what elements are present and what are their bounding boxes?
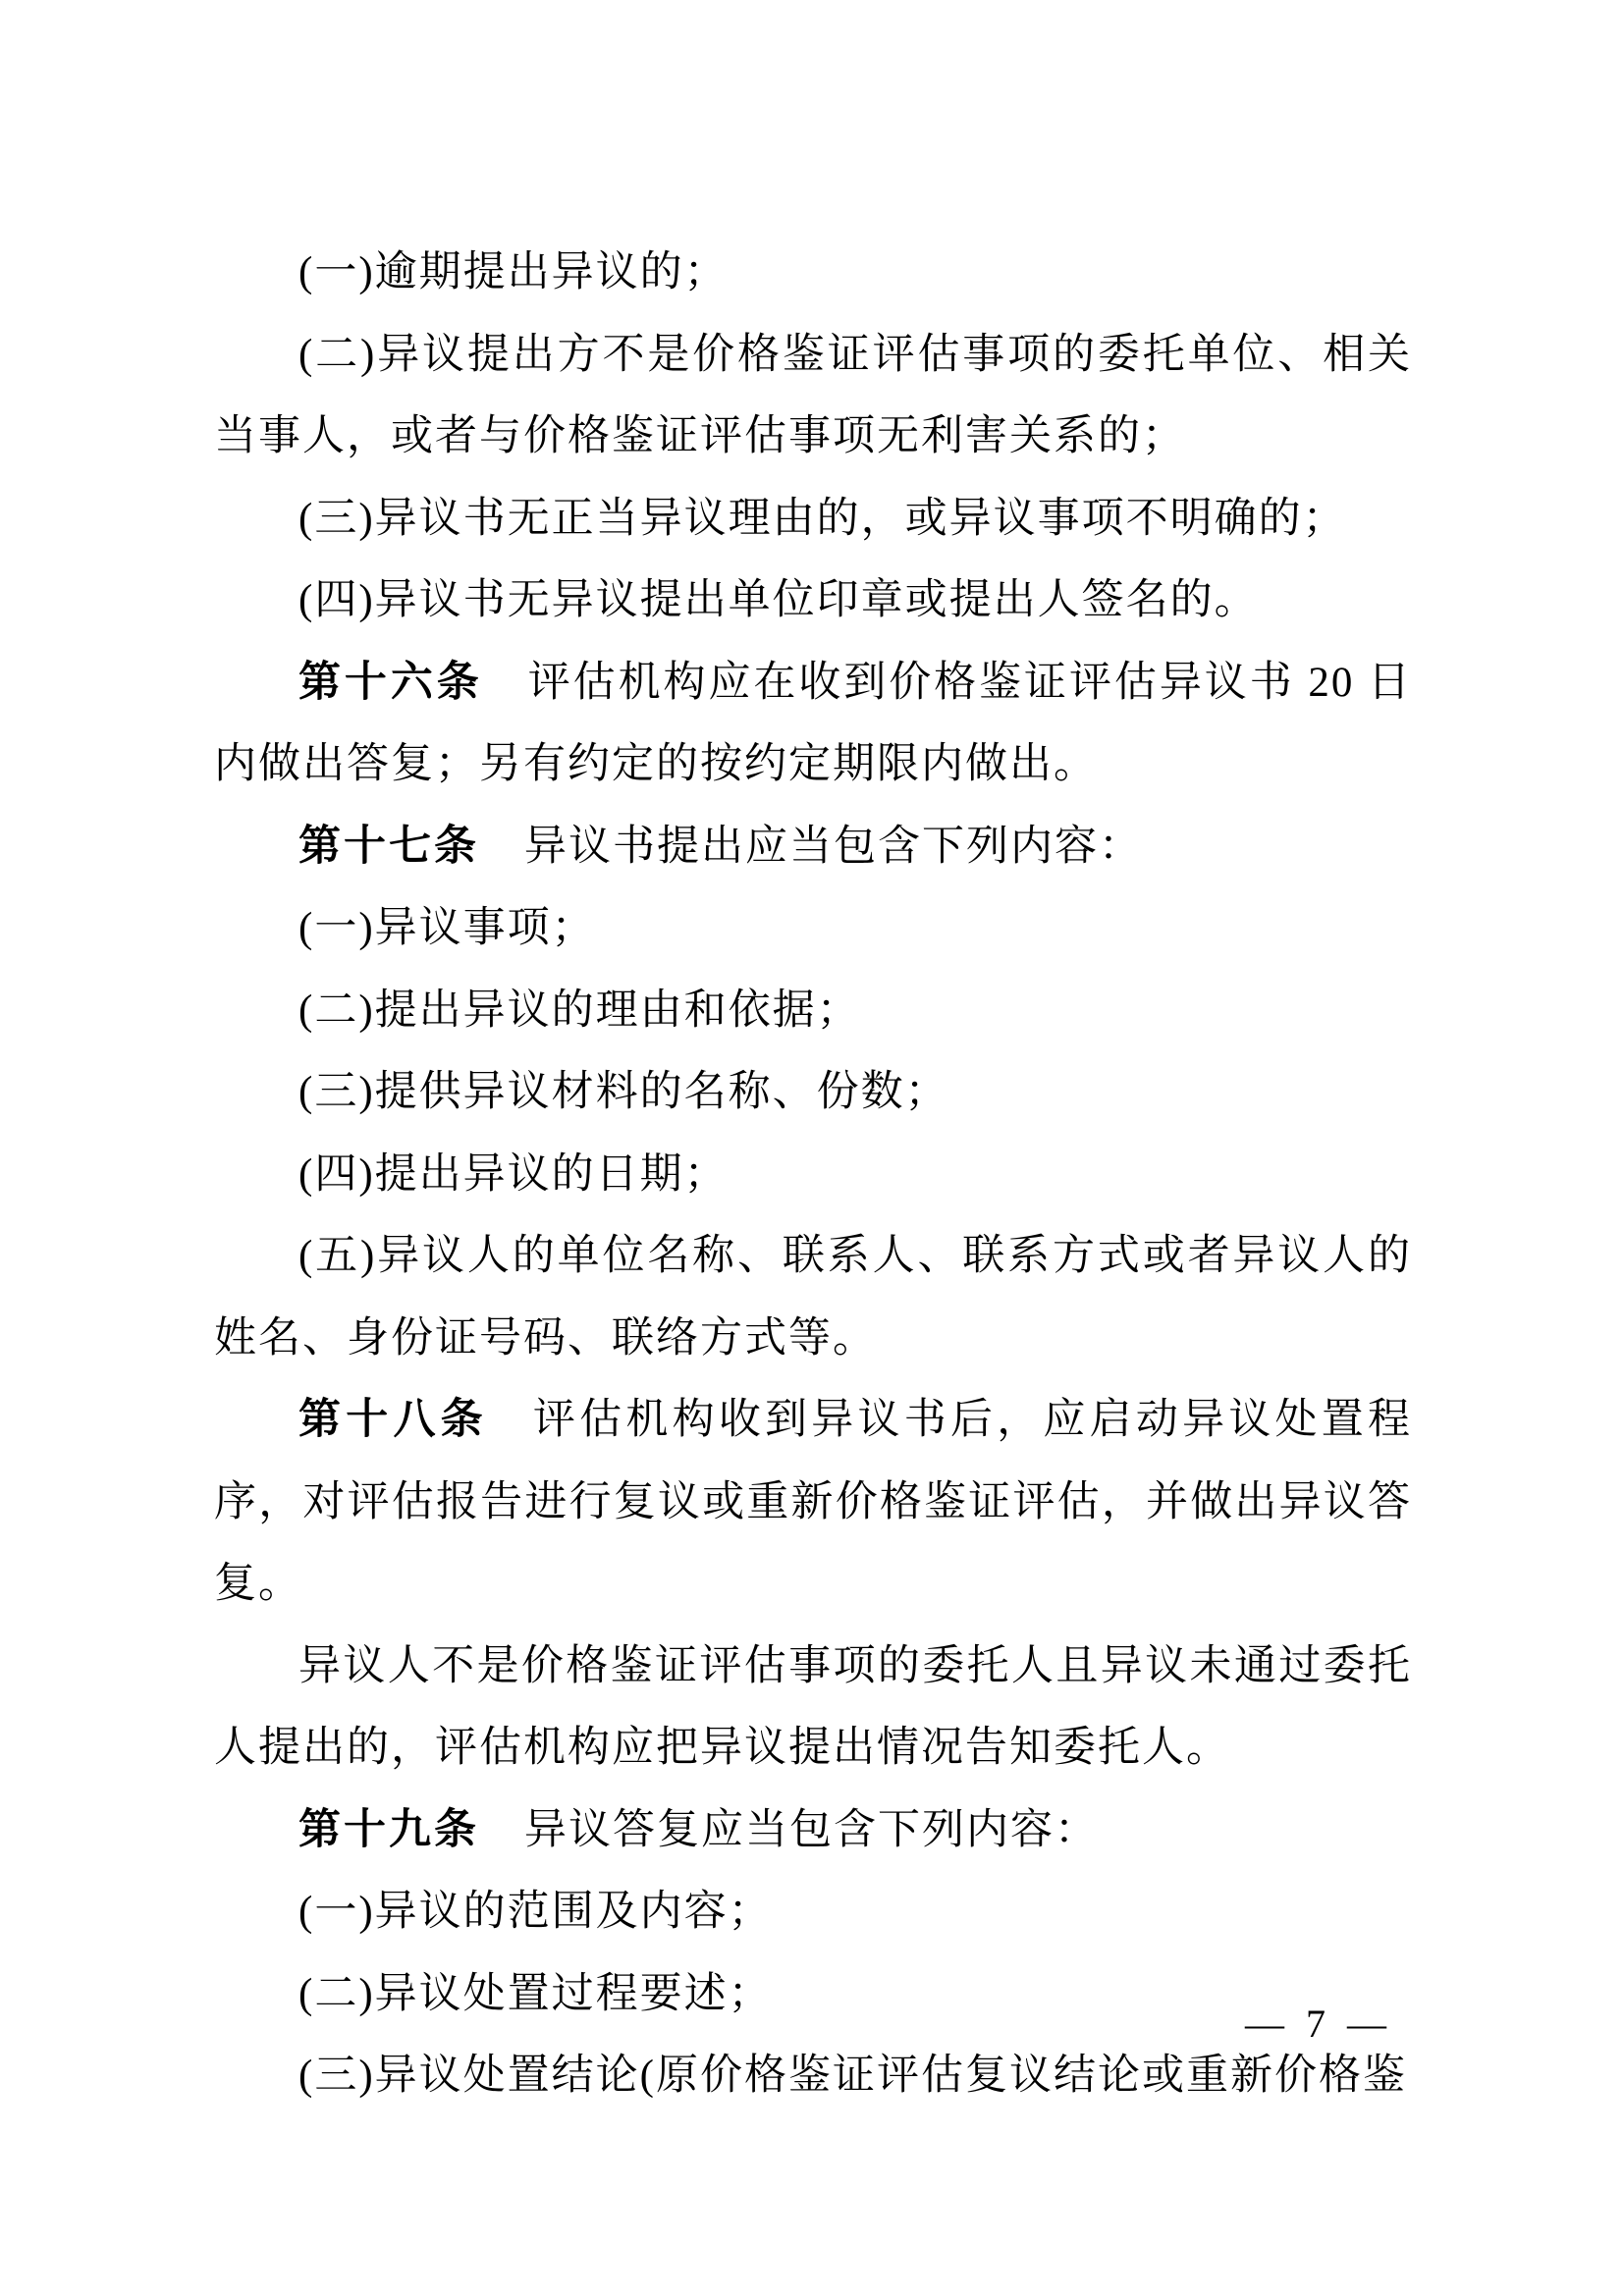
paragraph-text: 异议答复应当包含下列内容：: [524, 1807, 1099, 1853]
paragraph: (二)提出异议的理由和依据；: [214, 970, 1412, 1052]
paragraph-text: 异议人不是价格鉴证评估事项的委托人且异议未通过委托人提出的，评估机构应把异议提出…: [214, 1643, 1412, 1772]
paragraph-text: (二)提出异议的理由和依据；: [298, 988, 861, 1034]
paragraph: (一)异议事项；: [214, 887, 1412, 970]
paragraph-text: (一)异议的范围及内容；: [298, 1889, 773, 1935]
article-paragraph: 第十六条评估机构应在收到价格鉴证评估异议书 20 日内做出答复；另有约定的按约定…: [214, 642, 1412, 806]
paragraph-text: 异议书提出应当包含下列内容：: [524, 824, 1143, 870]
paragraph-text: (四)提出异议的日期；: [298, 1151, 729, 1198]
paragraph-text: (二)异议提出方不是价格鉴证评估事项的委托单位、相关当事人，或者与价格鉴证评估事…: [214, 332, 1412, 460]
article-number: 第十八条: [298, 1396, 488, 1443]
paragraph-text: (三)异议处置结论(原价格鉴证评估复议结论或重新价格鉴: [298, 2053, 1407, 2099]
paragraph: (四)异议书无异议提出单位印章或提出人签名的。: [214, 560, 1412, 642]
article-paragraph: 第十七条异议书提出应当包含下列内容：: [214, 806, 1412, 888]
paragraph: (一)逾期提出异议的；: [214, 232, 1412, 314]
paragraph: (一)异议的范围及内容；: [214, 1871, 1412, 1953]
article-paragraph: 第十九条异议答复应当包含下列内容：: [214, 1789, 1412, 1872]
paragraph-text: (三)提供异议材料的名称、份数；: [298, 1069, 949, 1115]
article-number: 第十六条: [298, 659, 483, 706]
document-body: (一)逾期提出异议的；(二)异议提出方不是价格鉴证评估事项的委托单位、相关当事人…: [214, 232, 1412, 2117]
article-number: 第十九条: [298, 1806, 479, 1853]
paragraph: 异议人不是价格鉴证评估事项的委托人且异议未通过委托人提出的，评估机构应把异议提出…: [214, 1626, 1412, 1789]
paragraph-text: (四)异议书无异议提出单位印章或提出人签名的。: [298, 577, 1259, 623]
page-number: — 7 —: [214, 2001, 1392, 2047]
paragraph: (五)异议人的单位名称、联系人、联系方式或者异议人的姓名、身份证号码、联络方式等…: [214, 1215, 1412, 1379]
paragraph: (三)异议书无正当异议理由的，或异议事项不明确的；: [214, 478, 1412, 561]
paragraph-text: (三)异议书无正当异议理由的，或异议事项不明确的；: [298, 496, 1347, 542]
paragraph-text: (五)异议人的单位名称、联系人、联系方式或者异议人的姓名、身份证号码、联络方式等…: [214, 1233, 1412, 1362]
page-number-text: — 7 —: [1245, 2002, 1392, 2046]
paragraph: (三)异议处置结论(原价格鉴证评估复议结论或重新价格鉴: [214, 2035, 1412, 2117]
article-number: 第十七条: [298, 823, 479, 870]
article-paragraph: 第十八条评估机构收到异议书后，应启动异议处置程序，对评估报告进行复议或重新价格鉴…: [214, 1379, 1412, 1626]
paragraph-text: (一)逾期提出异议的；: [298, 249, 729, 295]
paragraph-text: (一)异议事项；: [298, 905, 596, 951]
paragraph: (二)异议提出方不是价格鉴证评估事项的委托单位、相关当事人，或者与价格鉴证评估事…: [214, 314, 1412, 478]
paragraph: (三)提供异议材料的名称、份数；: [214, 1051, 1412, 1134]
paragraph: (四)提出异议的日期；: [214, 1134, 1412, 1216]
document-page: (一)逾期提出异议的；(二)异议提出方不是价格鉴证评估事项的委托单位、相关当事人…: [0, 0, 1623, 2296]
